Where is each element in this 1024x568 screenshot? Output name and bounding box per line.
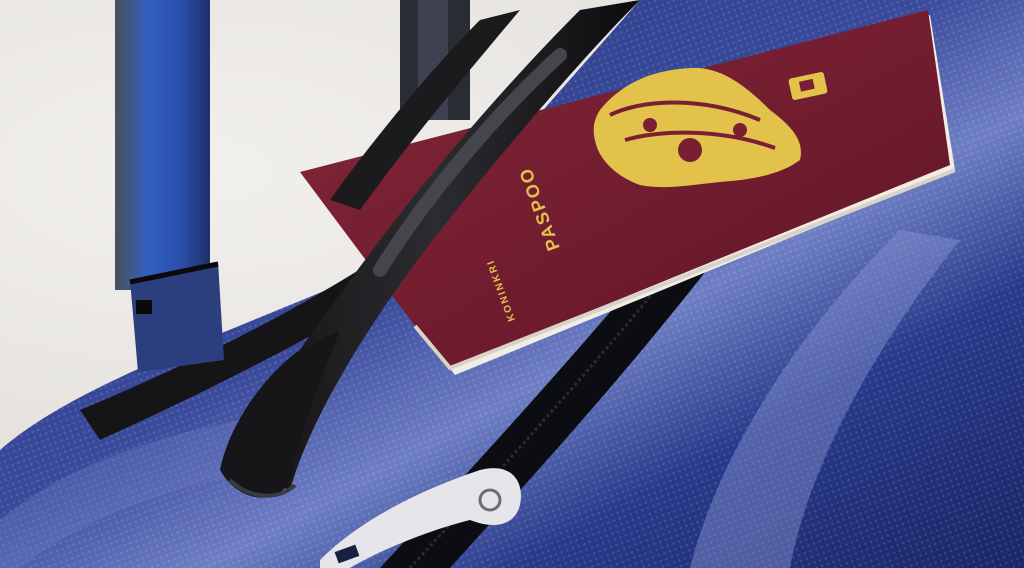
photo-scene: PASPOO KONINKRI bbox=[0, 0, 1024, 568]
photo-illustration: PASPOO KONINKRI bbox=[0, 0, 1024, 568]
trolley-pole-left bbox=[115, 0, 224, 372]
